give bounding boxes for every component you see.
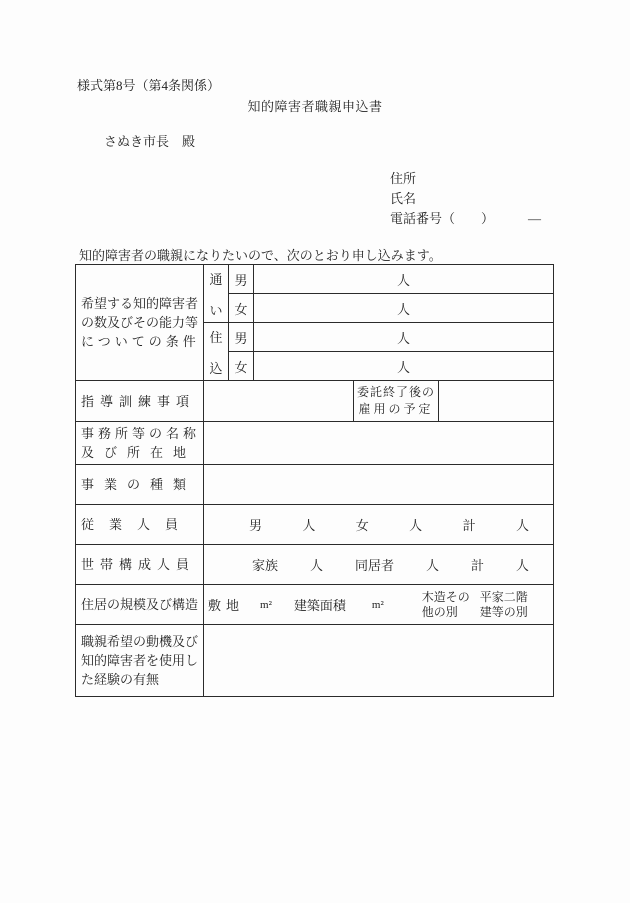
employees-item: 人 <box>302 515 315 534</box>
phone-dash: ― <box>528 209 541 229</box>
site-label: 敷地 <box>208 595 244 614</box>
household-item: 人 <box>310 555 323 574</box>
post-delegation-line: 委託終了後の <box>354 384 438 401</box>
residence-values-cell: 敷地 m² 建築面積 m² 木造その 他の別 平家二階 建等の別 <box>204 585 554 625</box>
floor-unit: m² <box>372 599 384 611</box>
phone-label: 電話番号（ ） <box>390 211 494 226</box>
employees-label-cell: 従業人員 <box>76 505 204 545</box>
business-label: 事業の種類 <box>81 475 198 494</box>
motivation-label-line: 知的障害者を使用し <box>81 651 198 670</box>
training-label: 指導訓練事項 <box>81 392 198 411</box>
form-page: 様式第8号（第4条関係） 知的障害者職親申込書 さぬき市長 殿 住所 氏名 電話… <box>0 0 630 903</box>
motivation-label-cell: 職親希望の動機及び 知的障害者を使用し た経験の有無 <box>76 625 204 697</box>
office-label-cell: 事務所等の名称 及び所在地 <box>76 422 204 465</box>
count-unit-cell: 人 <box>254 265 554 294</box>
post-delegation-label-cell: 委託終了後の 雇用の予定 <box>354 381 439 422</box>
condition-label-line: についての条件 <box>81 332 198 351</box>
commute-char: い <box>209 300 222 319</box>
sex-label: 男 <box>229 265 254 294</box>
household-item: 計 <box>471 555 484 574</box>
commute-mode-cell: 通 い <box>204 265 229 323</box>
household-label-cell: 世帯構成人員 <box>76 545 204 585</box>
document-title: 知的障害者職親申込書 <box>0 96 630 115</box>
live-in-char: 住 <box>209 327 222 346</box>
condition-label: 希望する知的障害者 の数及びその能力等 についての条件 <box>76 265 204 381</box>
employees-label: 従業人員 <box>81 515 198 534</box>
business-label-cell: 事業の種類 <box>76 465 204 505</box>
count-unit-cell: 人 <box>254 323 554 352</box>
household-item: 家族 <box>252 555 278 574</box>
sex-label: 女 <box>229 352 254 381</box>
addressee: さぬき市長 殿 <box>104 131 195 150</box>
training-label-cell: 指導訓練事項 <box>76 381 204 422</box>
post-delegation-entry-cell <box>439 381 554 422</box>
address-label: 住所 <box>390 169 541 189</box>
employees-values-cell: 男 人 女 人 計 人 <box>204 505 554 545</box>
application-table: 希望する知的障害者 の数及びその能力等 についての条件 通 い 男 人 女 人 … <box>75 264 554 697</box>
condition-label-line: の数及びその能力等 <box>81 313 198 332</box>
training-entry-cell <box>204 381 354 422</box>
count-unit-cell: 人 <box>254 352 554 381</box>
live-in-char: 込 <box>209 358 222 377</box>
household-label: 世帯構成人員 <box>81 555 198 574</box>
structure-type-label: 木造その 他の別 <box>422 590 470 620</box>
employees-item: 人 <box>409 515 422 534</box>
household-item: 人 <box>516 555 529 574</box>
stories-type-label: 平家二階 建等の別 <box>480 590 528 620</box>
motivation-label-line: 職親希望の動機及び <box>81 632 198 651</box>
household-item: 同居者 <box>355 555 394 574</box>
sex-label: 男 <box>229 323 254 352</box>
employees-item: 男 <box>249 515 262 534</box>
residence-label-cell: 住居の規模及び構造 <box>76 585 204 625</box>
intro-text: 知的障害者の職親になりたいので、次のとおり申し込みます。 <box>79 245 442 264</box>
count-unit-cell: 人 <box>254 294 554 323</box>
sex-label: 女 <box>229 294 254 323</box>
employees-item: 女 <box>356 515 369 534</box>
motivation-entry-cell <box>204 625 554 697</box>
employees-item: 計 <box>463 515 476 534</box>
office-label-line: 事務所等の名称 <box>81 424 198 443</box>
condition-label-line: 希望する知的障害者 <box>81 294 198 313</box>
name-label: 氏名 <box>390 189 541 209</box>
post-delegation-line: 雇用の予定 <box>354 401 438 418</box>
live-in-mode-cell: 住 込 <box>204 323 229 381</box>
office-label-line: 及び所在地 <box>81 443 198 462</box>
household-values-cell: 家族 人 同居者 人 計 人 <box>204 545 554 585</box>
residence-label: 住居の規模及び構造 <box>81 595 198 614</box>
floor-label: 建築面積 <box>294 595 346 614</box>
form-number: 様式第8号（第4条関係） <box>77 75 220 94</box>
site-unit: m² <box>260 599 272 611</box>
motivation-label-line: た経験の有無 <box>81 670 198 689</box>
office-entry-cell <box>204 422 554 465</box>
phone-row: 電話番号（ ）― <box>390 209 541 229</box>
employees-item: 人 <box>516 515 529 534</box>
household-item: 人 <box>426 555 439 574</box>
contact-block: 住所 氏名 電話番号（ ）― <box>390 169 541 229</box>
business-entry-cell <box>204 465 554 505</box>
commute-char: 通 <box>209 269 222 288</box>
